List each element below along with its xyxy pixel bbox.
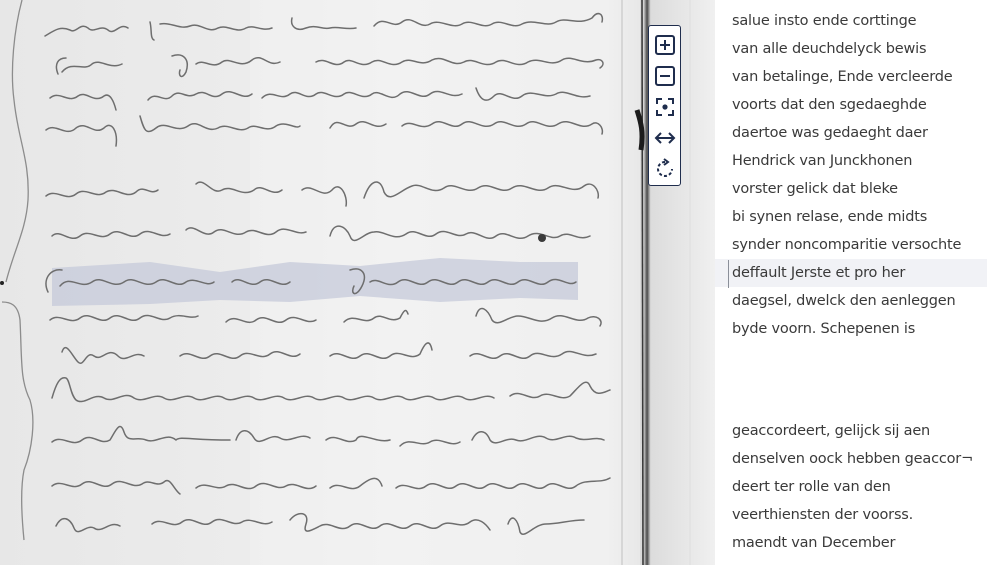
transcript-line[interactable]: denselven oock hebben geaccor¬ xyxy=(715,445,987,473)
fit-to-region-button[interactable] xyxy=(651,91,679,122)
transcript-line[interactable]: deert ter rolle van den xyxy=(715,473,987,501)
transcript-line[interactable]: synder noncomparitie versochte xyxy=(715,231,987,259)
transcript-line[interactable]: van betalinge, Ende vercleerde xyxy=(715,63,987,91)
plus-square-icon xyxy=(654,34,676,56)
fit-width-button[interactable] xyxy=(651,123,679,154)
transcript-line[interactable]: veerthiensten der voorss. xyxy=(715,501,987,529)
minus-square-icon xyxy=(654,65,676,87)
transcript-line[interactable]: geaccordeert, gelijck sij aen xyxy=(715,417,987,445)
transcript-line[interactable]: van alle deuchdelyck bewis xyxy=(715,35,987,63)
transcript-line[interactable]: maendt van December xyxy=(715,529,987,557)
manuscript-scan-image[interactable] xyxy=(0,0,715,565)
zoom-out-button[interactable] xyxy=(651,60,679,91)
transcription-panel: salue insto ende corttinge van alle deuc… xyxy=(715,0,987,565)
transcript-line[interactable]: daegsel, dwelck den aenleggen xyxy=(715,287,987,315)
viewer-toolbar xyxy=(648,25,681,186)
transcript-line[interactable]: Hendrick van Junckhonen xyxy=(715,147,987,175)
line-highlight-band xyxy=(52,258,578,306)
arrows-horizontal-icon xyxy=(653,127,677,149)
transcript-line[interactable]: salue insto ende corttinge xyxy=(715,7,987,35)
transcript-line[interactable]: byde voorn. Schepenen is xyxy=(715,315,987,343)
manuscript-viewer[interactable] xyxy=(0,0,715,565)
rotate-button[interactable] xyxy=(651,154,679,185)
rotate-icon xyxy=(654,158,676,180)
transcript-line[interactable]: daertoe was gedaeght daer xyxy=(715,119,987,147)
transcript-line[interactable]: bi synen relase, ende midts xyxy=(715,203,987,231)
transcript-line[interactable]: vorster gelick dat bleke xyxy=(715,175,987,203)
transcript-line-active[interactable]: deffault Jerste et pro her xyxy=(715,259,987,287)
zoom-in-button[interactable] xyxy=(651,29,679,60)
focus-center-icon xyxy=(654,96,676,118)
transcript-line[interactable]: voorts dat den sgedaeghde xyxy=(715,91,987,119)
